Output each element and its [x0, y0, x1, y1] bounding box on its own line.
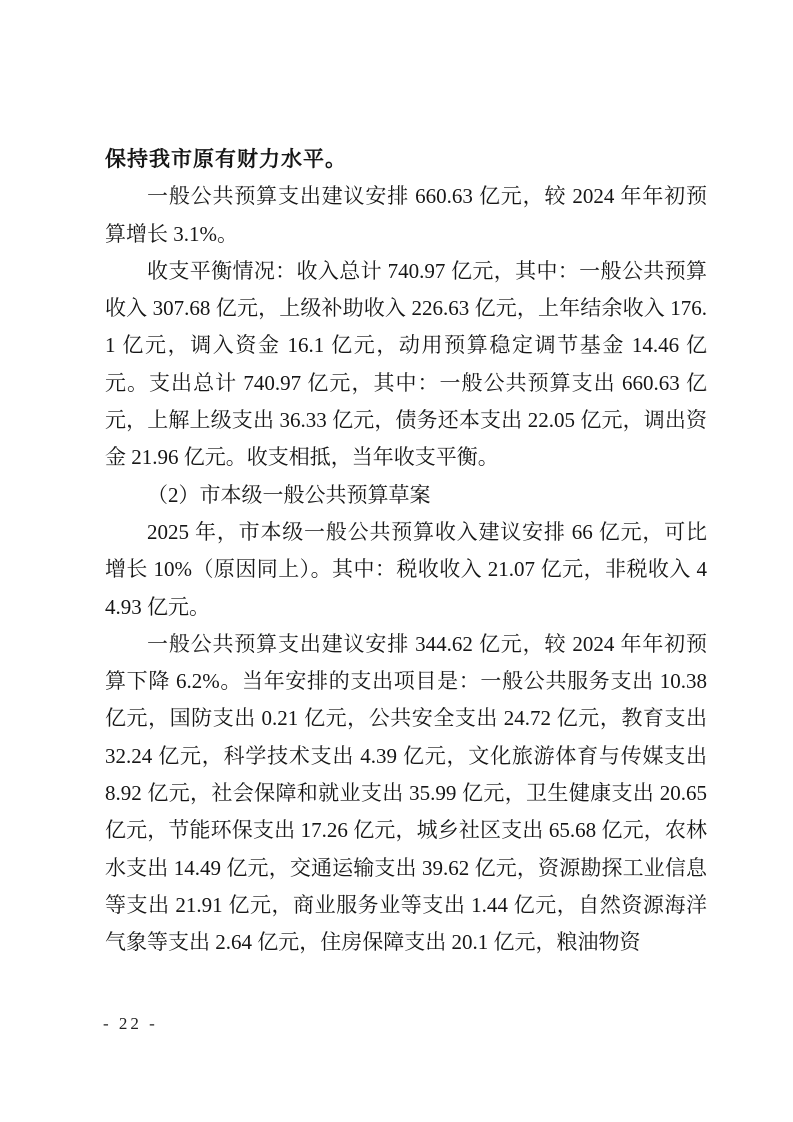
section-heading-continuation: 保持我市原有财力水平。 [105, 141, 707, 178]
paragraph-subsection-heading-municipal-draft: （2）市本级一般公共预算草案 [105, 477, 707, 514]
document-body: 保持我市原有财力水平。 一般公共预算支出建议安排 660.63 亿元，较 202… [105, 141, 707, 962]
paragraph-municipal-expenditure-items: 一般公共预算支出建议安排 344.62 亿元，较 2024 年年初预算下降 6.… [105, 626, 707, 962]
document-page: 保持我市原有财力水平。 一般公共预算支出建议安排 660.63 亿元，较 202… [0, 0, 793, 1122]
paragraph-revenue-expenditure-balance: 收支平衡情况：收入总计 740.97 亿元，其中：一般公共预算收入 307.68… [105, 253, 707, 477]
page-number: - 22 - [103, 1014, 158, 1034]
paragraph-municipal-revenue: 2025 年，市本级一般公共预算收入建议安排 66 亿元，可比增长 10%（原因… [105, 514, 707, 626]
paragraph-general-budget-expenditure: 一般公共预算支出建议安排 660.63 亿元，较 2024 年年初预算增长 3.… [105, 178, 707, 253]
